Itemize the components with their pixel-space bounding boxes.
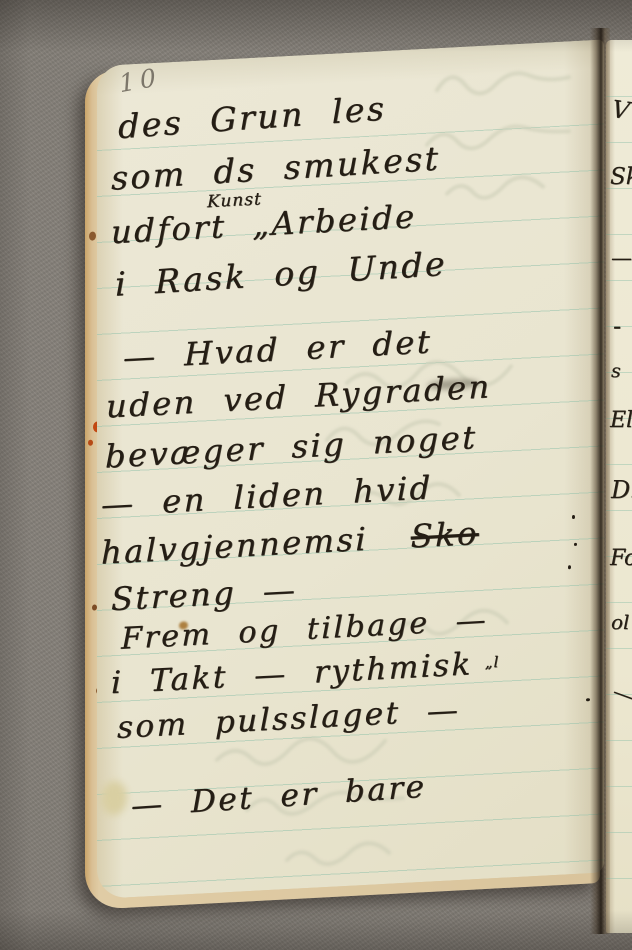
adjacent-fragment-3: —	[611, 246, 632, 270]
adjacent-fragment-2: Sk	[610, 164, 632, 190]
gutter-shadow	[590, 28, 610, 934]
adjacent-fragment-6: El	[610, 408, 632, 433]
margin-marks: „l	[485, 653, 500, 672]
inserted-word-above: Kunst	[207, 189, 262, 212]
photograph-of-notebook: { "palette": { "backdrop": "#85807a", "p…	[0, 0, 632, 950]
adjacent-fragment-7: D.	[611, 476, 632, 504]
foxing-spot	[88, 440, 93, 446]
struck-word: Sko	[411, 514, 479, 556]
notebook-page: 10 des Grun les som ds smukest udfortKun…	[97, 39, 604, 899]
adjacent-fragment-8: Fo	[610, 546, 632, 571]
adjacent-fragment-5: s	[611, 360, 621, 382]
adjacent-fragment-4: -	[613, 312, 621, 340]
handwriting-word: udfort	[111, 207, 226, 251]
foxing-spot	[89, 231, 96, 240]
adjacent-fragment-9: ol	[611, 610, 629, 634]
